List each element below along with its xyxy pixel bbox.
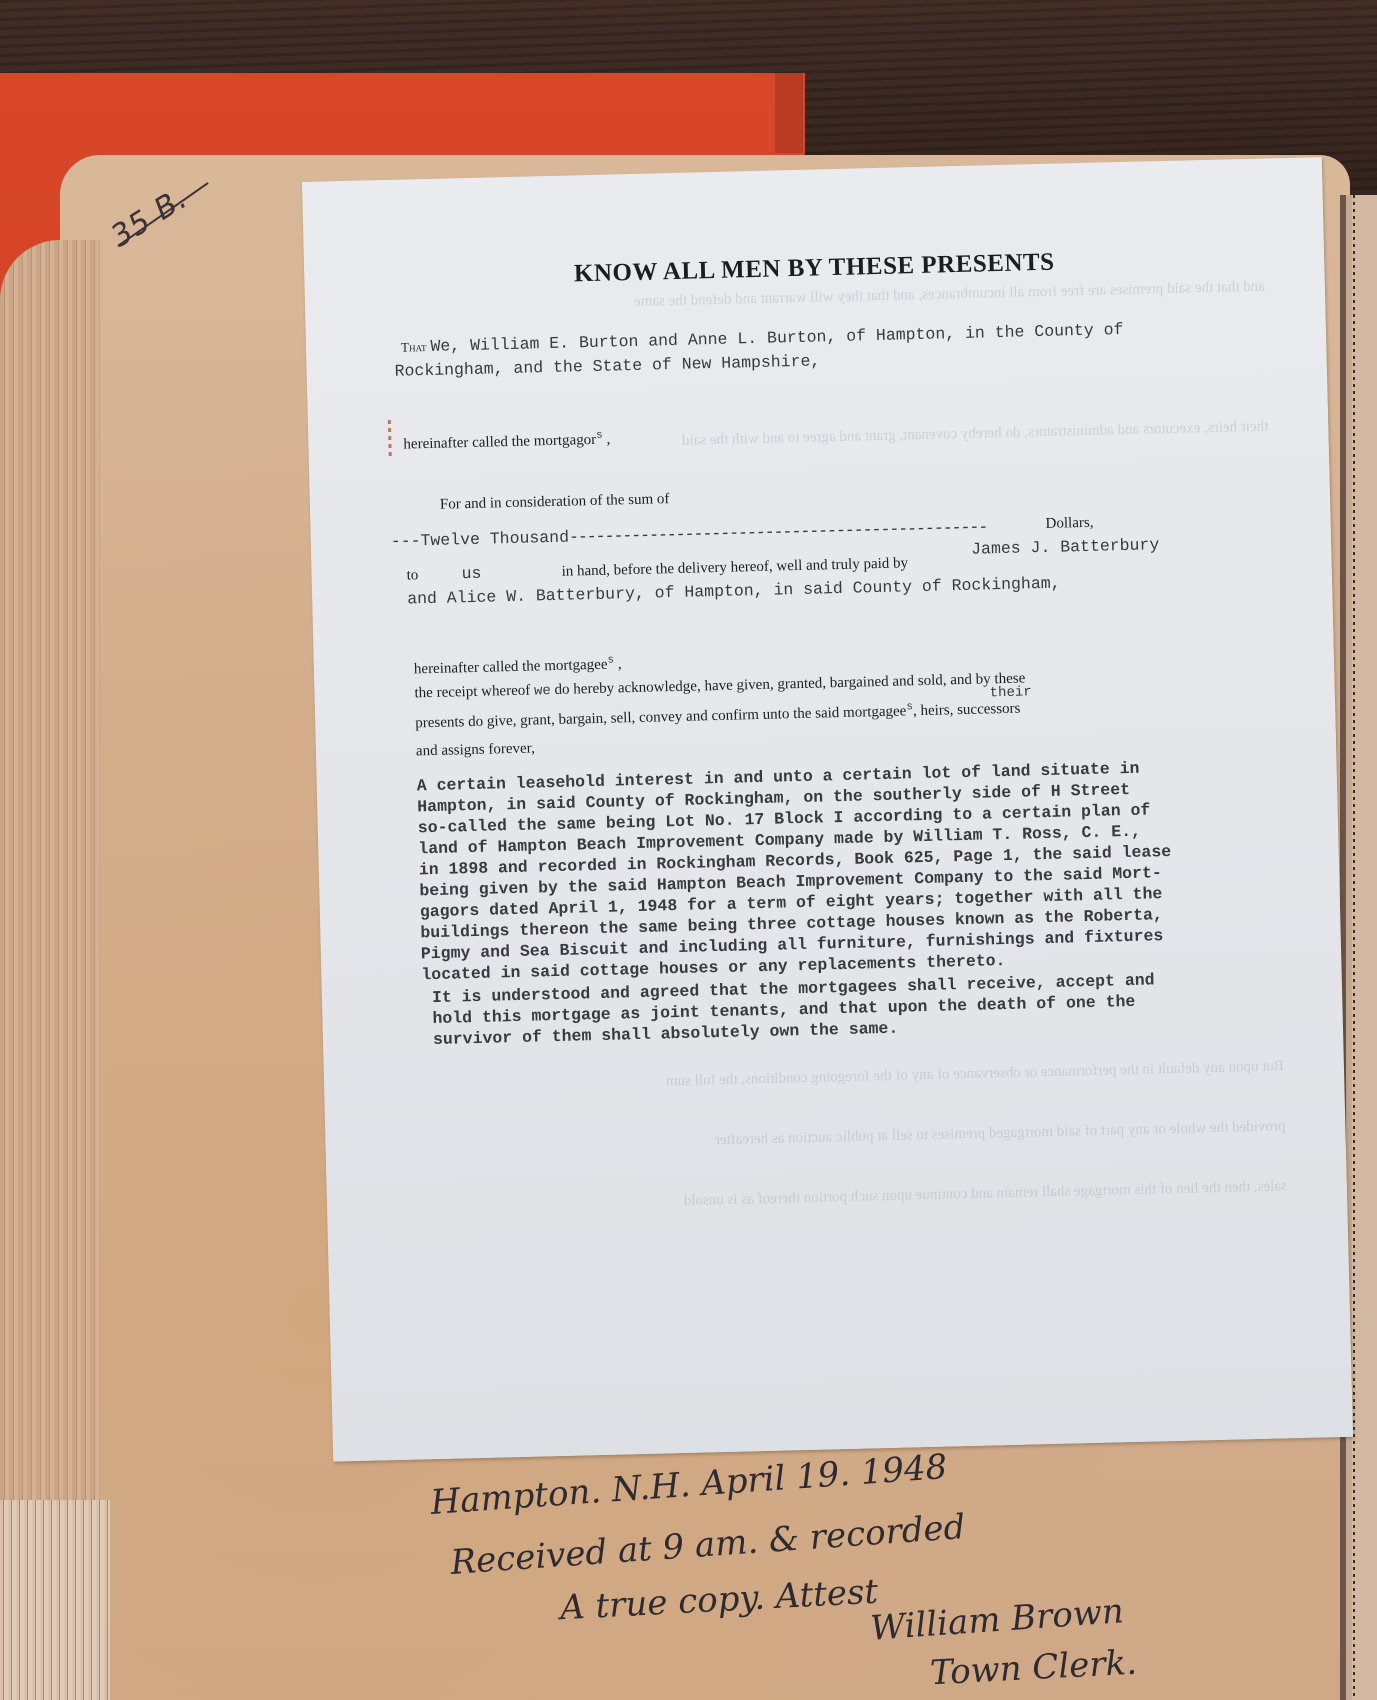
show-through-text: sales, then the lien of this mortgage sh… — [397, 1178, 1287, 1217]
margin-tick — [388, 420, 392, 460]
show-through-text: But upon any default in the performance … — [394, 1058, 1284, 1097]
to-label: to — [406, 567, 418, 584]
book-page-edges-lower — [0, 1500, 110, 1700]
mortgagee-names-1: James J. Batterbury — [971, 535, 1160, 559]
receipt-we: we — [534, 683, 551, 699]
mortgagor-label: hereinafter called the mortgagor — [403, 432, 596, 453]
mortgagee-plural: s — [607, 655, 614, 667]
sum-amount: ---Twelve Thousand — [391, 528, 570, 551]
mortgagor-names: We, William E. Burton and Anne L. Burton… — [430, 320, 1123, 356]
consideration-label: For and in consideration of the sum of — [440, 491, 670, 514]
parties-line-1: That We, William E. Burton and Anne L. B… — [401, 320, 1124, 357]
to-value: us — [461, 564, 481, 583]
property-description: A certain leasehold interest in and unto… — [417, 757, 1174, 985]
receipt-line-3: and assigns forever, — [416, 740, 535, 760]
that-label: That — [401, 339, 427, 355]
paid-by-label: in hand, before the delivery hereof, wel… — [561, 555, 908, 580]
receipt-line-2: presents do give, grant, bargain, sell, … — [415, 699, 1021, 733]
show-through-text: provided the whole or any part of said m… — [395, 1118, 1285, 1157]
parties-line-2: Rockingham, and the State of New Hampshi… — [394, 351, 820, 380]
mortgagee-names-2: and Alice W. Batterbury, of Hampton, in … — [407, 574, 1061, 609]
mortgagee-line: hereinafter called the mortgagees , — [414, 654, 622, 678]
mortgagor-plural: s — [596, 430, 603, 442]
book-binding-right — [1340, 195, 1377, 1700]
book-page-edges — [0, 240, 100, 1700]
mortgagee-label: hereinafter called the mortgagee — [414, 657, 608, 678]
red-folder-edge — [775, 73, 803, 153]
sum-dashes: ----------------------------------------… — [569, 517, 988, 546]
sum-line: ---Twelve Thousand----------------------… — [391, 517, 988, 551]
mortgage-deed-document: and that the said premises are free from… — [302, 157, 1353, 1462]
dollars-label: Dollars, — [1045, 515, 1093, 533]
